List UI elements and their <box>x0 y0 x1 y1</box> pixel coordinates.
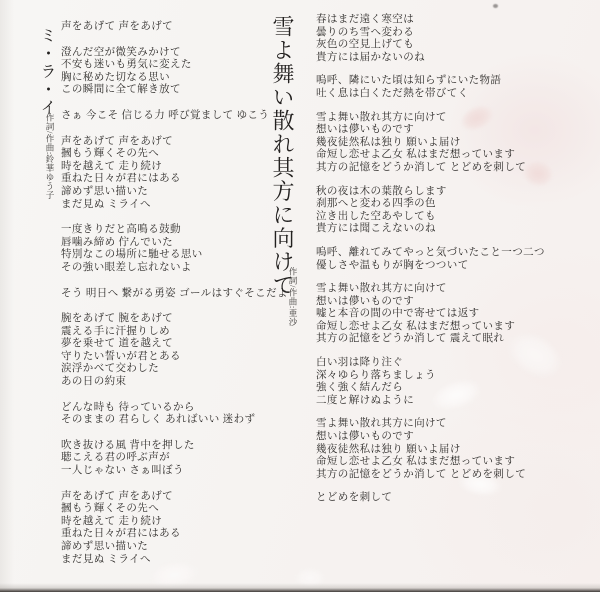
lyric-line: 摑もう輝くその先へ <box>61 503 288 516</box>
lyric-line: 不安も迷いも勇気に変えた <box>61 59 288 72</box>
lyric-line: 曇りのち雪へ変わる <box>316 27 545 40</box>
lyric-line: 震える手に汗握りしめ <box>61 326 288 339</box>
stanza: 吹き抜ける風 背中を押した聴こえる君の呼ぶ声が一人じゃない さぁ叫ぼう <box>61 440 288 478</box>
lyric-line: そう 明日へ 繋がる勇姿 ゴールはすぐそこだよ <box>61 288 288 301</box>
stanza: 声をあげて 声をあげて摑もう輝くその先へ時を越えて 走り続け重ねた日々が君にはあ… <box>61 136 288 212</box>
lyric-line: 其方の記憶をどうか消して 震えて眠れ <box>316 333 545 346</box>
lyric-line: 白い羽は降り注ぐ <box>316 357 545 370</box>
lyric-line: 幾夜徒然私は独り 願いよ届け <box>316 444 545 457</box>
lyric-line: 声をあげて 声をあげて <box>61 136 288 149</box>
lyric-line: 灰色の空見上げても <box>316 39 545 52</box>
stanza: そう 明日へ 繋がる勇姿 ゴールはすぐそこだよ <box>61 288 288 301</box>
lyric-line: 深々ゆらり落ちましょう <box>316 370 545 383</box>
lyric-line: 涙浮かべて交わした <box>61 363 288 376</box>
lyric-line: 声をあげて 声をあげて <box>61 491 288 504</box>
lyric-line: 貴方には聞こえないのね <box>316 223 545 236</box>
stanza: 嗚呼、離れてみてやっと気づいたこと一つ二つ優しさや温もりが胸をつついて <box>316 247 545 272</box>
lyric-line: 春はまだ遠く寒空は <box>316 14 545 27</box>
credit-mirai: 作詞/作曲:鈴華ゆう子 <box>44 113 56 200</box>
credit-yukiyo: 作詞/作曲:亜沙 <box>287 267 299 327</box>
lyric-line: 一人じゃない さぁ叫ぼう <box>61 465 288 478</box>
lyric-line: まだ見ぬ ミライへ <box>61 199 288 212</box>
lyric-line: 一度きりだと高鳴る鼓動 <box>61 224 288 237</box>
lyric-line: 吐く息は白くただ熱を帯びてく <box>316 88 545 101</box>
left-scan-edge-shadow <box>0 0 14 592</box>
lyric-line: 守りたい誓いが君とある <box>61 351 288 364</box>
lyric-line: 重ねた日々が君にはある <box>61 528 288 541</box>
song-title-yukiyo: 雪よ舞い散れ其方に向けて <box>267 15 298 297</box>
lyric-line: 諦めず思い描いた <box>61 541 288 554</box>
lyric-line: 腕をあげて 腕をあげて <box>61 313 288 326</box>
lyric-line: 胸に秘めた切なる思い <box>61 72 288 85</box>
lyric-line: 声をあげて 声をあげて <box>61 21 288 34</box>
lyric-line: 聴こえる君の呼ぶ声が <box>61 452 288 465</box>
lyric-line: まだ見ぬ ミライへ <box>61 554 288 567</box>
lyrics-mirai: 声をあげて 声をあげて澄んだ空が微笑みかけて不安も迷いも勇気に変えた胸に秘めた切… <box>61 21 288 566</box>
lyric-line: 其方の記憶をどうか消して とどめを刺して <box>316 469 545 482</box>
stanza: 一度きりだと高鳴る鼓動唇噛み締め 佇んでいた特別なこの場所に馳せる思いその強い眼… <box>61 224 288 274</box>
stanza: さぁ 今こそ 信じる力 呼び覚まして ゆこう <box>61 110 288 123</box>
stanza: 澄んだ空が微笑みかけて不安も迷いも勇気に変えた胸に秘めた切なる思いこの瞬間に全て… <box>61 47 288 97</box>
lyric-line: 嗚呼、離れてみてやっと気づいたこと一つ二つ <box>316 247 545 260</box>
lyric-line: 想いは儚いものです <box>316 296 545 309</box>
stanza: 嗚呼、隣にいた頃は知らずにいた物語吐く息は白くただ熱を帯びてく <box>316 75 545 100</box>
lyric-line: 嗚呼、隣にいた頃は知らずにいた物語 <box>316 75 545 88</box>
lyric-line: 吹き抜ける風 背中を押した <box>61 440 288 453</box>
lyric-line: 雪よ舞い散れ其方に向けて <box>316 112 545 125</box>
lyric-line: 想いは儚いものです <box>316 431 545 444</box>
stanza: 秋の夜は木の葉散らします刹那へと変わる四季の色泣き出した空あやしても貴方には聞こ… <box>316 186 545 236</box>
lyric-line: その強い眼差し忘れないよ <box>61 262 288 275</box>
lyric-line: 命短し恋せよ乙女 私はまだ想っています <box>316 149 545 162</box>
stanza: 白い羽は降り注ぐ深々ゆらり落ちましょう強く強く結んだら二度と解けぬように <box>316 357 545 407</box>
lyric-line: 其方の記憶をどうか消して とどめを刺して <box>316 162 545 175</box>
lyric-line: 夢を乗せて 道を越えて <box>61 338 288 351</box>
lyric-line: 雪よ舞い散れ其方に向けて <box>316 418 545 431</box>
lyric-line: 重ねた日々が君にはある <box>61 173 288 186</box>
lyric-line: 想いは儚いものです <box>316 124 545 137</box>
lyric-line: 幾夜徒然私は独り 願いよ届け <box>316 137 545 150</box>
stanza: どんな時も 待っているからそのままの 君らしく あればいい 迷わず <box>61 402 288 427</box>
lyric-line: 命短し恋せよ乙女 私はまだ想っています <box>316 321 545 334</box>
lyric-line: 二度と解けぬように <box>316 395 545 408</box>
stanza: 雪よ舞い散れ其方に向けて想いは儚いものです嘘と本音の間の中で寄せては返す命短し恋… <box>316 283 545 346</box>
stanza: 春はまだ遠く寒空は曇りのち雪へ変わる灰色の空見上げても貴方には届かないのね <box>316 14 545 64</box>
lyric-line: そのままの 君らしく あればいい 迷わず <box>61 414 288 427</box>
lyric-line: 摑もう輝くその先へ <box>61 148 288 161</box>
lyric-line: 命短し恋せよ乙女 私はまだ想っています <box>316 456 545 469</box>
stanza: とどめを刺して <box>316 492 545 505</box>
lyric-line: 時を越えて 走り続け <box>61 161 288 174</box>
lyric-line: どんな時も 待っているから <box>61 402 288 415</box>
song-title-mirai: ミ・ラ・イ <box>35 27 58 117</box>
lyrics-yukiyo: 春はまだ遠く寒空は曇りのち雪へ変わる灰色の空見上げても貴方には届かないのね嗚呼、… <box>316 14 545 505</box>
lyric-line: 唇噛み締め 佇んでいた <box>61 237 288 250</box>
lyric-line: 強く強く結んだら <box>316 382 545 395</box>
lyric-line: あの日の約束 <box>61 376 288 389</box>
lyric-line: とどめを刺して <box>316 492 545 505</box>
lyric-line: 貴方には届かないのね <box>316 52 545 65</box>
stanza: 腕をあげて 腕をあげて震える手に汗握りしめ夢を乗せて 道を越えて守りたい誓いが君… <box>61 313 288 389</box>
stanza: 雪よ舞い散れ其方に向けて想いは儚いものです幾夜徒然私は独り 願いよ届け命短し恋せ… <box>316 112 545 175</box>
lyric-line: 特別なこの場所に馳せる思い <box>61 249 288 262</box>
bottom-scan-edge <box>0 583 600 592</box>
lyric-line: 優しさや温もりが胸をつついて <box>316 260 545 273</box>
stanza: 声をあげて 声をあげて摑もう輝くその先へ時を越えて 走り続け重ねた日々が君にはあ… <box>61 491 288 567</box>
lyric-line: さぁ 今こそ 信じる力 呼び覚まして ゆこう <box>61 110 288 123</box>
lyric-line: 時を越えて 走り続け <box>61 516 288 529</box>
scan-speck <box>493 4 498 8</box>
lyric-line: 秋の夜は木の葉散らします <box>316 186 545 199</box>
lyric-line: 刹那へと変わる四季の色 <box>316 198 545 211</box>
lyrics-booklet-page: ミ・ラ・イ 作詞/作曲:鈴華ゆう子 声をあげて 声をあげて澄んだ空が微笑みかけて… <box>0 0 600 592</box>
lyric-line: 雪よ舞い散れ其方に向けて <box>316 283 545 296</box>
lyric-line: 諦めず思い描いた <box>61 186 288 199</box>
stanza: 声をあげて 声をあげて <box>61 21 288 34</box>
lyric-line: 嘘と本音の間の中で寄せては返す <box>316 308 545 321</box>
stanza: 雪よ舞い散れ其方に向けて想いは儚いものです幾夜徒然私は独り 願いよ届け命短し恋せ… <box>316 418 545 481</box>
lyric-line: この瞬間に全て解き放て <box>61 84 288 97</box>
lyric-line: 泣き出した空あやしても <box>316 211 545 224</box>
lyric-line: 澄んだ空が微笑みかけて <box>61 47 288 60</box>
